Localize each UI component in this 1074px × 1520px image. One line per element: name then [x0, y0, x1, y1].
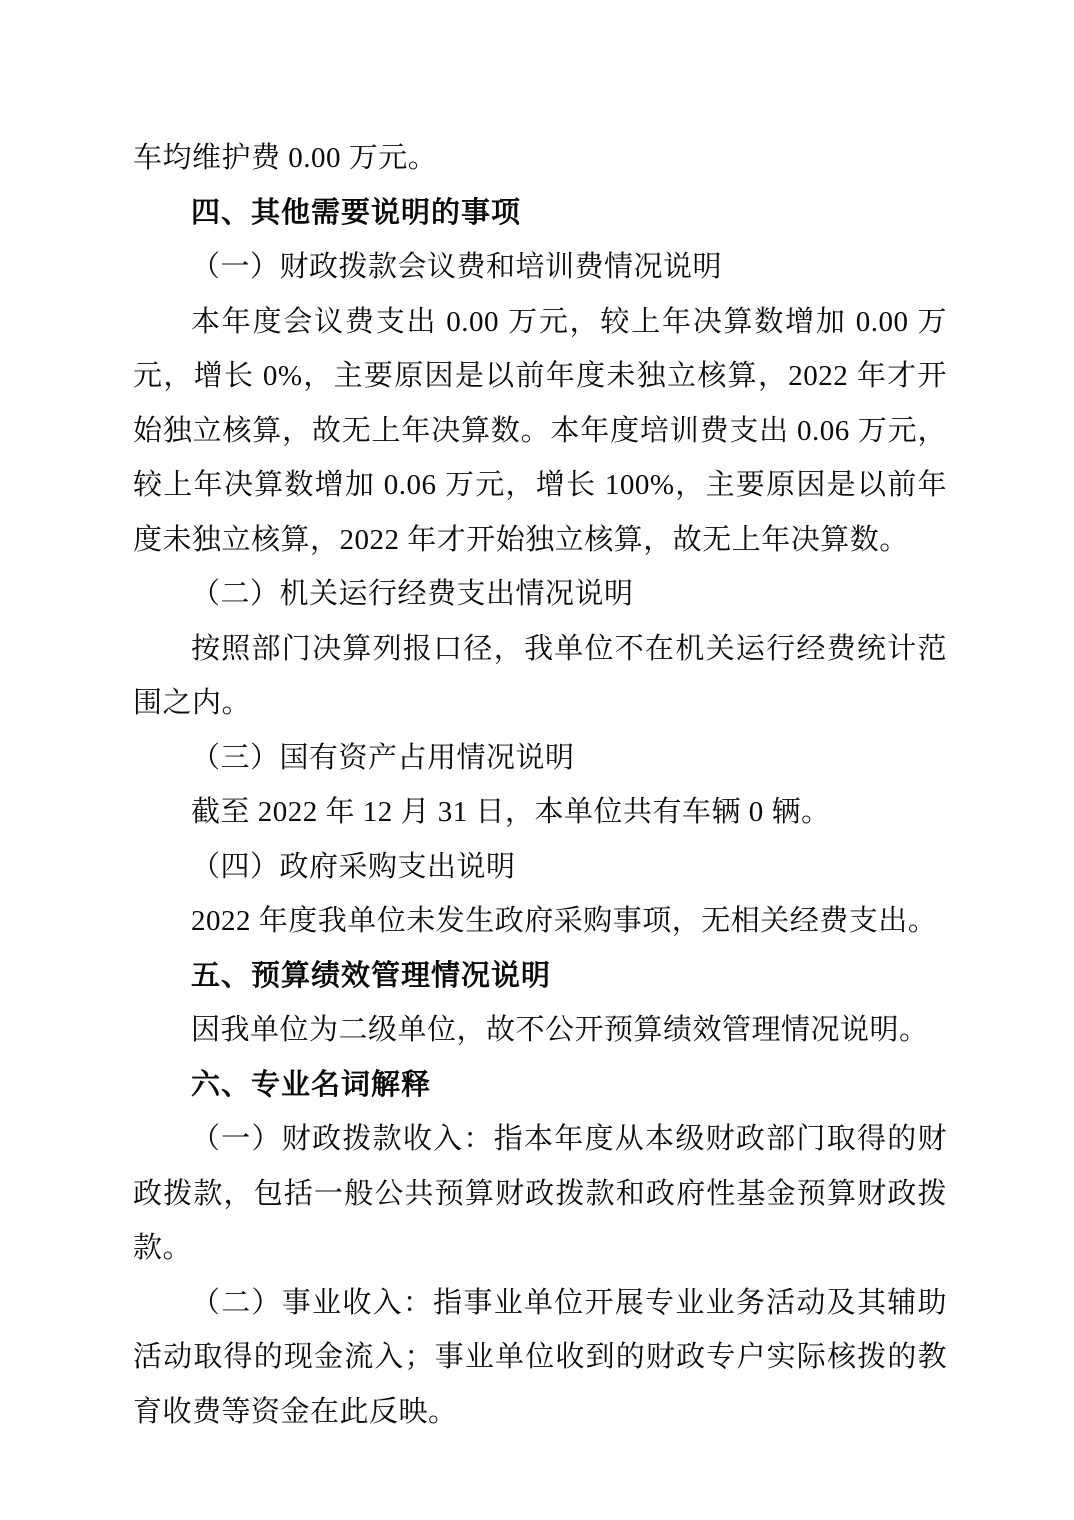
subheading-4-2-agency-operating-expenses: （二）机关运行经费支出情况说明	[133, 567, 947, 622]
para-term-operational-income: （二）事业收入：指事业单位开展专业业务活动及其辅助活动取得的现金流入；事业单位收…	[133, 1276, 947, 1440]
para-carryover-vehicle-maintenance-cost: 车均维护费 0.00 万元。	[133, 131, 947, 186]
document-page: 车均维护费 0.00 万元。 四、其他需要说明的事项 （一）财政拨款会议费和培训…	[0, 0, 1074, 1520]
para-agency-operating-expenses-detail: 按照部门决算列报口径，我单位不在机关运行经费统计范围之内。	[133, 622, 947, 731]
subheading-4-1-meeting-and-training-fees: （一）财政拨款会议费和培训费情况说明	[133, 240, 947, 295]
para-term-fiscal-appropriation-income: （一）财政拨款收入：指本年度从本级财政部门取得的财政拨款，包括一般公共预算财政拨…	[133, 1112, 947, 1276]
heading-section-5-budget-performance: 五、预算绩效管理情况说明	[133, 949, 947, 1004]
para-government-procurement-detail: 2022 年度我单位未发生政府采购事项，无相关经费支出。	[133, 894, 947, 949]
subheading-4-4-government-procurement: （四）政府采购支出说明	[133, 840, 947, 895]
para-state-owned-assets-detail: 截至 2022 年 12 月 31 日，本单位共有车辆 0 辆。	[133, 785, 947, 840]
heading-section-4-other-matters: 四、其他需要说明的事项	[133, 186, 947, 241]
para-budget-performance-detail: 因我单位为二级单位，故不公开预算绩效管理情况说明。	[133, 1003, 947, 1058]
para-meeting-and-training-fees-detail: 本年度会议费支出 0.00 万元，较上年决算数增加 0.00 万元，增长 0%，…	[133, 295, 947, 568]
subheading-4-3-state-owned-assets: （三）国有资产占用情况说明	[133, 731, 947, 786]
heading-section-6-terminology: 六、专业名词解释	[133, 1058, 947, 1113]
